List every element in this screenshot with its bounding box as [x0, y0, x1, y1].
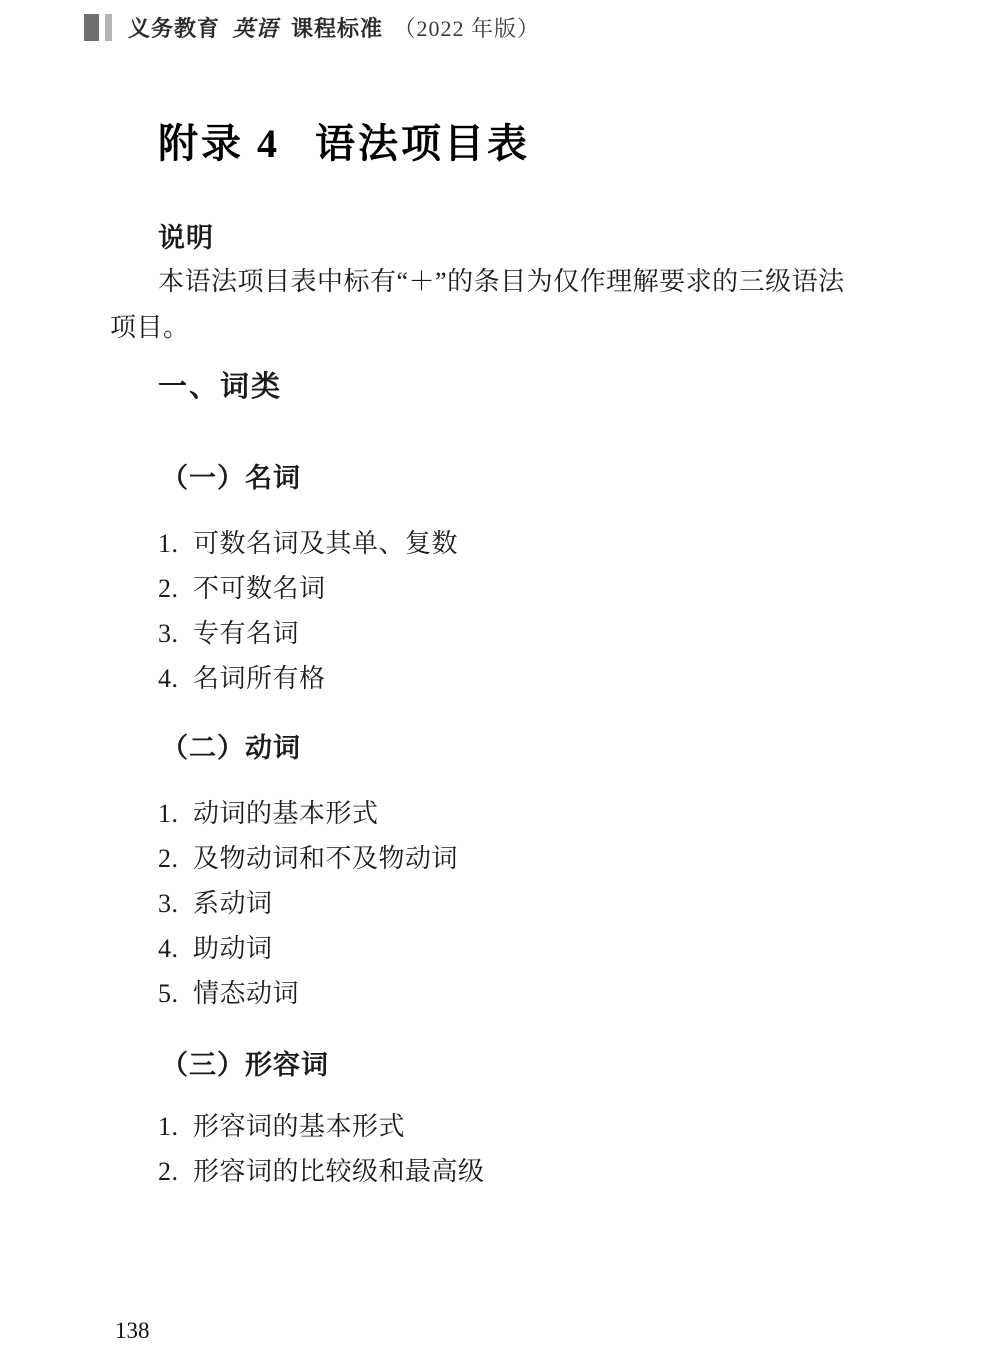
- item-label: 及物动词和不及物动词: [193, 844, 458, 873]
- item-number: 2.: [158, 836, 180, 881]
- item-number: 2.: [158, 566, 180, 611]
- item-number: 4.: [158, 656, 180, 701]
- list-item: 2.形容词的比较级和最高级: [158, 1149, 485, 1194]
- header-series: 义务教育: [128, 16, 220, 41]
- item-number: 5.: [158, 971, 180, 1016]
- item-label: 系动词: [193, 889, 273, 918]
- item-number: 1.: [158, 521, 180, 566]
- list-item: 1.形容词的基本形式: [158, 1104, 485, 1149]
- item-label: 情态动词: [193, 979, 299, 1008]
- note-heading: 说明: [158, 216, 214, 255]
- header-bar-light-icon: [105, 14, 112, 41]
- subsection-heading-verbs: （二）动词: [161, 726, 301, 765]
- noun-item-list: 1.可数名词及其单、复数 2.不可数名词 3.专有名词 4.名词所有格: [158, 521, 458, 701]
- page-title: 附录 4 语法项目表: [158, 112, 530, 169]
- item-label: 专有名词: [193, 619, 299, 648]
- list-item: 4.名词所有格: [158, 656, 458, 701]
- item-label: 可数名词及其单、复数: [193, 529, 458, 558]
- document-page: { "header": { "series_bold": "义务教育", "su…: [0, 0, 988, 1345]
- item-label: 不可数名词: [193, 574, 326, 603]
- item-label: 助动词: [193, 934, 273, 963]
- list-item: 3.系动词: [158, 881, 458, 926]
- list-item: 2.及物动词和不及物动词: [158, 836, 458, 881]
- item-label: 动词的基本形式: [193, 799, 379, 828]
- page-number: 138: [115, 1318, 150, 1344]
- verb-item-list: 1.动词的基本形式 2.及物动词和不及物动词 3.系动词 4.助动词 5.情态动…: [158, 791, 458, 1016]
- header-bar-dark-icon: [84, 14, 99, 41]
- header-subject: 英语: [233, 16, 279, 41]
- page-title-main: 语法项目表: [315, 121, 530, 166]
- page-title-prefix: 附录 4: [158, 121, 280, 166]
- item-label: 形容词的比较级和最高级: [193, 1157, 485, 1186]
- header-edition: （2022 年版）: [394, 16, 541, 41]
- item-label: 名词所有格: [193, 664, 326, 693]
- subsection-heading-adjectives: （三）形容词: [161, 1043, 329, 1082]
- note-line: 本语法项目表中标有“＋”的条目为仅作理解要求的三级语法: [158, 261, 845, 298]
- list-item: 1.动词的基本形式: [158, 791, 458, 836]
- list-item: 5.情态动词: [158, 971, 458, 1016]
- item-number: 1.: [158, 791, 180, 836]
- item-label: 形容词的基本形式: [193, 1112, 405, 1141]
- header-series-2: 课程标准: [291, 16, 383, 41]
- item-number: 2.: [158, 1149, 180, 1194]
- list-item: 1.可数名词及其单、复数: [158, 521, 458, 566]
- section-heading-word-classes: 一、词类: [158, 364, 282, 405]
- item-number: 4.: [158, 926, 180, 971]
- subsection-heading-nouns: （一）名词: [161, 456, 301, 495]
- header-title: 义务教育 英语 课程标准 （2022 年版）: [128, 12, 540, 43]
- item-number: 3.: [158, 611, 180, 656]
- item-number: 3.: [158, 881, 180, 926]
- adjective-item-list: 1.形容词的基本形式 2.形容词的比较级和最高级: [158, 1104, 485, 1194]
- list-item: 3.专有名词: [158, 611, 458, 656]
- page-header: 义务教育 英语 课程标准 （2022 年版）: [84, 12, 540, 43]
- note-line: 项目。: [110, 307, 190, 344]
- item-number: 1.: [158, 1104, 180, 1149]
- list-item: 4.助动词: [158, 926, 458, 971]
- list-item: 2.不可数名词: [158, 566, 458, 611]
